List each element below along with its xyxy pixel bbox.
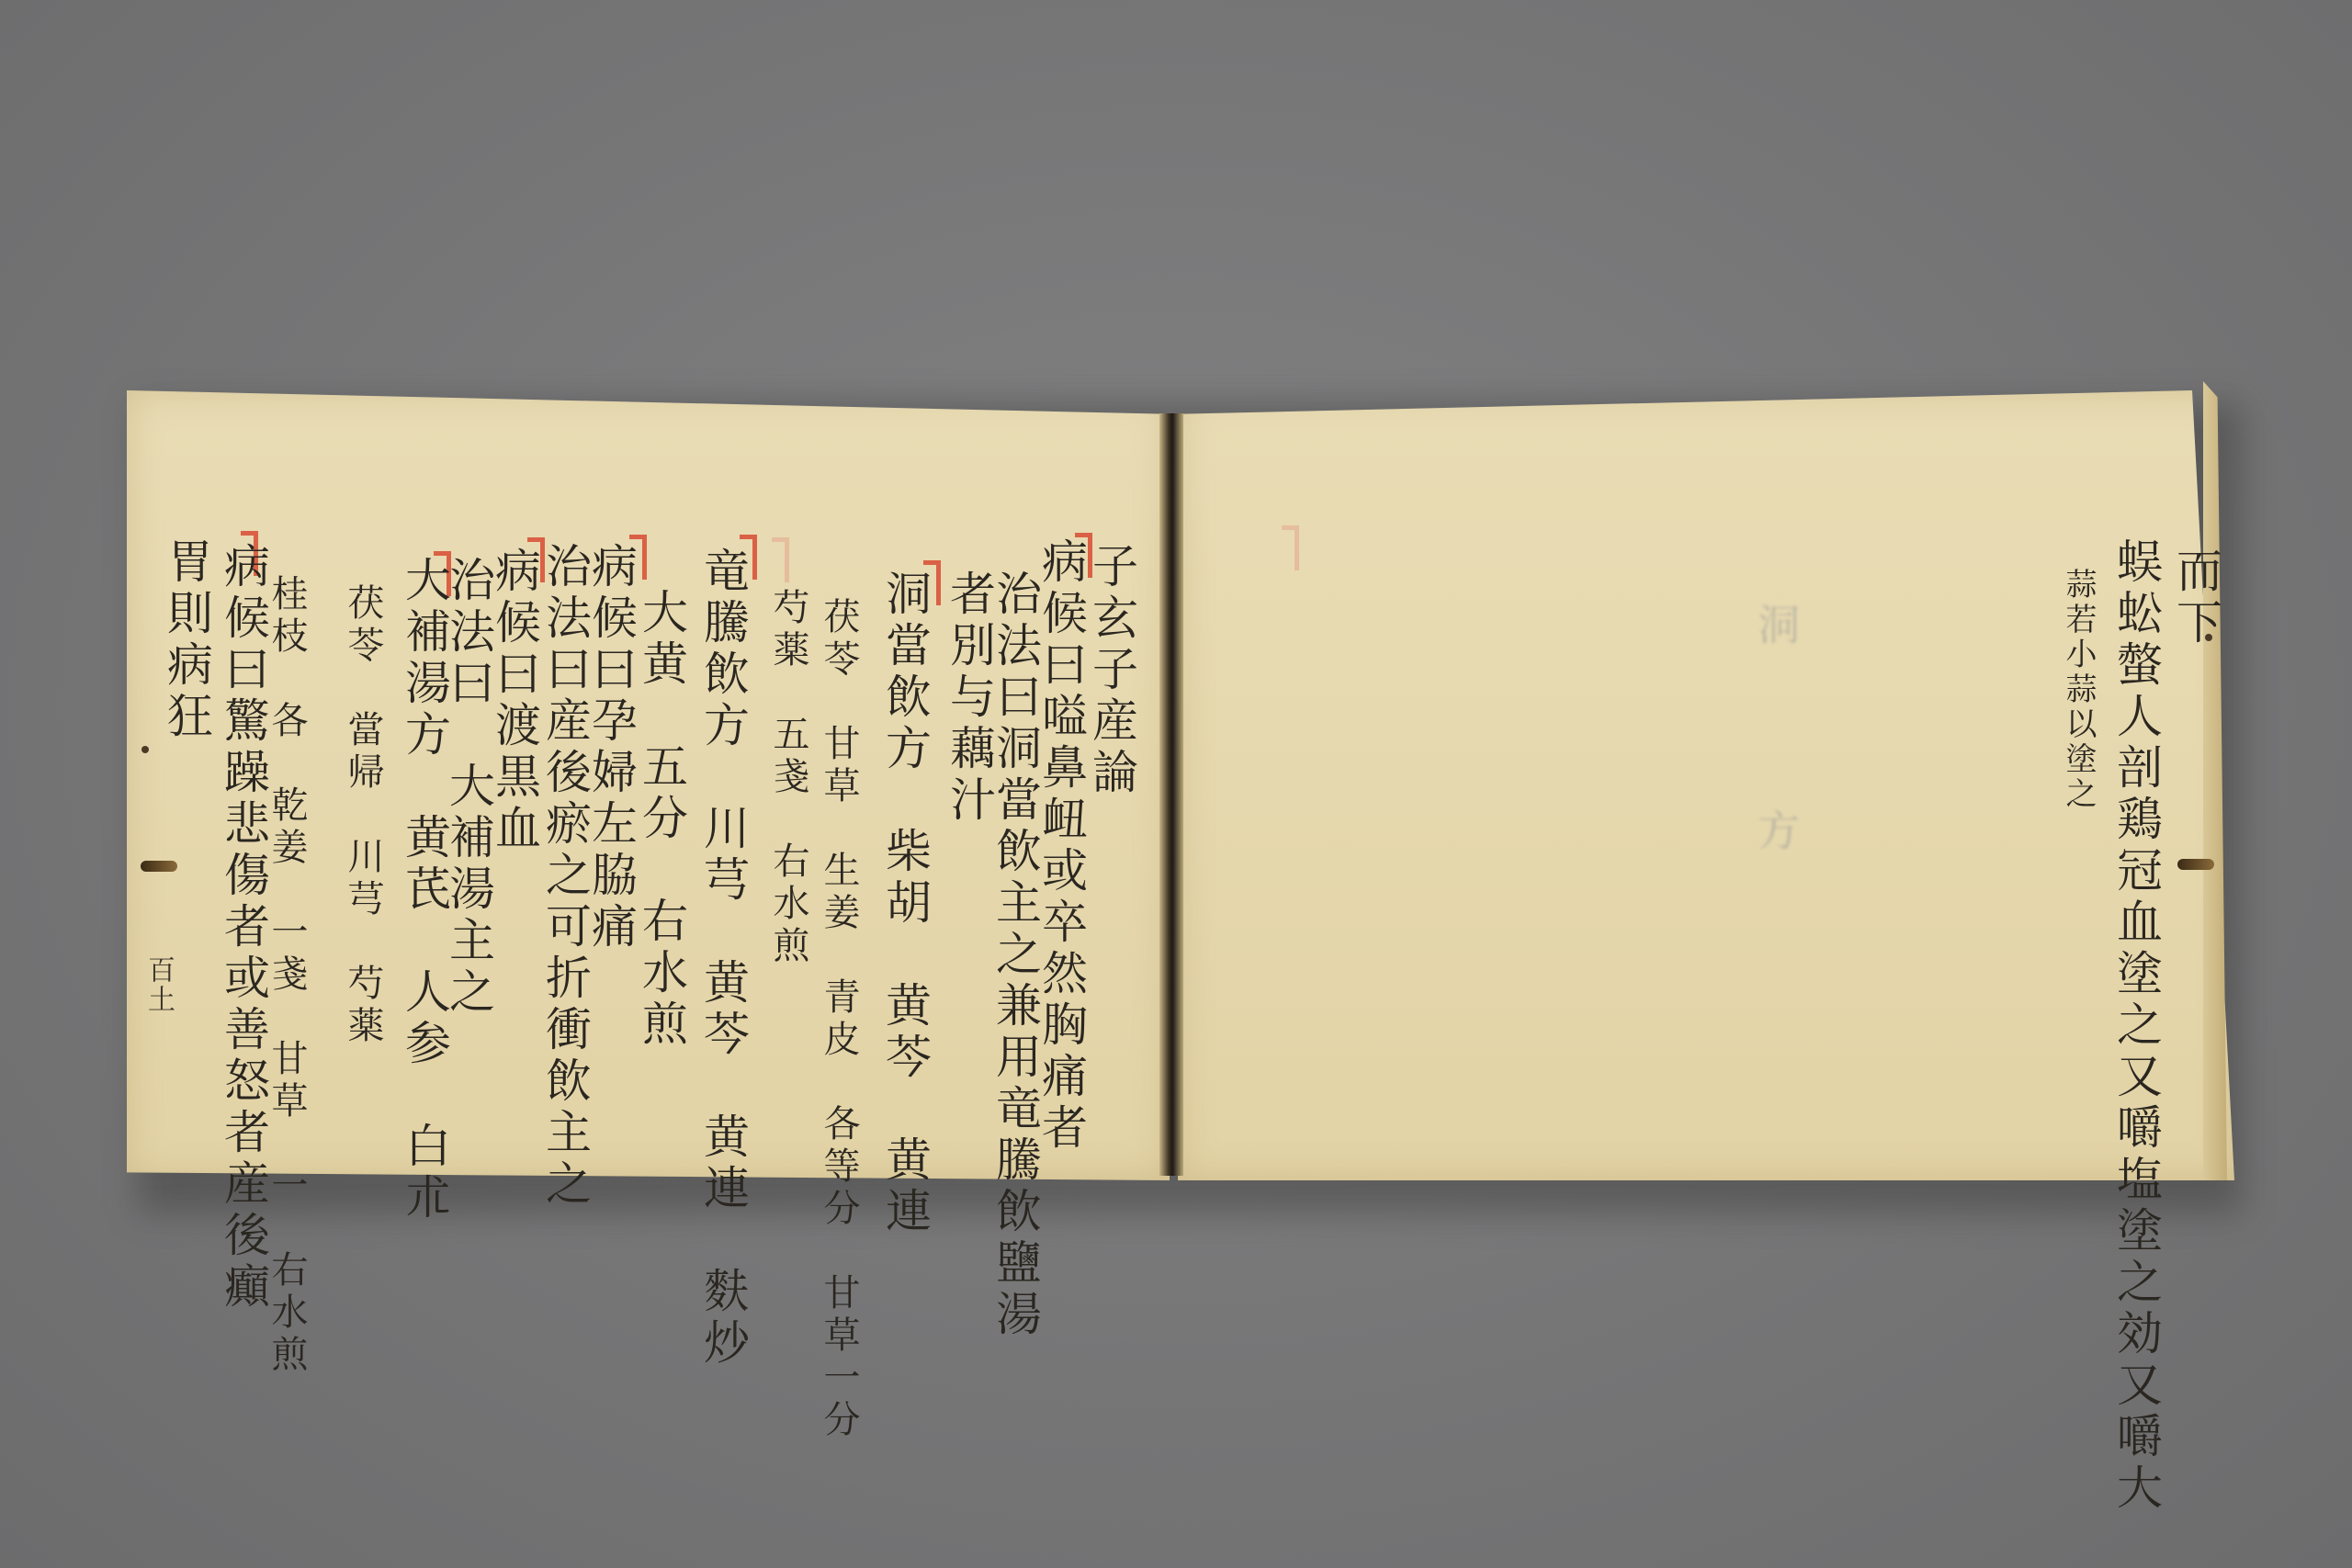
- bleed-through-text: 洞 方: [1746, 551, 1806, 1066]
- text-column: 病候曰渡黒血: [492, 547, 537, 855]
- text-column: 病候曰孕婦左脇痛: [588, 542, 634, 953]
- text-column: 大補湯方 黄芪 人参 白朮: [401, 556, 447, 1224]
- book-gutter: [1159, 413, 1183, 1176]
- folio-number: 百土: [138, 955, 178, 1014]
- text-column: 茯苓 當帰 川芎 芍薬: [345, 583, 381, 1048]
- text-column: 蜈蚣螫人剖鶏冠血塗之又嚼塩塗之効又嚼大: [2113, 537, 2159, 1515]
- red-section-mark: [772, 537, 789, 582]
- text-column: 胃則病狂: [164, 537, 209, 743]
- text-column: 芍薬 五戔 右水煎: [770, 588, 807, 968]
- bleed-through-text: [1635, 533, 1696, 1047]
- text-column: 治法曰 大補湯主之: [446, 556, 492, 1019]
- text-column: 竜騰飲方 川芎 黄芩 黄連 麩炒: [700, 547, 746, 1370]
- bleed-through-text: [1470, 551, 1531, 1102]
- text-column: 治法曰産後瘀之可折衝飲主之: [542, 542, 588, 1211]
- text-column: 病候曰嗌鼻衄或卒然胸痛者: [1038, 537, 1084, 1155]
- text-column: 病候曰驚躁悲傷者或善怒者産後癲: [220, 542, 266, 1314]
- text-column-title: 子玄子産論: [1089, 542, 1135, 799]
- text-column: 大黄 五分 右水煎: [639, 588, 684, 1051]
- text-column: 桂枝 各 乾姜 一戔 甘草 一 右水煎: [268, 574, 305, 1377]
- text-column: 而下: [2173, 547, 2219, 649]
- binding-hole: [2177, 859, 2214, 870]
- red-section-mark: [1282, 525, 1299, 570]
- text-column: 茯苓 甘草 生姜 青皮 各等分 甘草一分: [820, 597, 857, 1442]
- text-column: 洞當飲方 柴胡 黄芩 黄連: [882, 570, 928, 1238]
- binding-hole: [141, 861, 177, 872]
- text-column: 蒜若小蒜以塗之: [2063, 568, 2094, 812]
- text-column: 治法曰洞當飲主之兼用竜騰飲鹽湯: [992, 570, 1038, 1341]
- binding-dot: [2205, 634, 2212, 641]
- binding-dot: [141, 746, 149, 753]
- bleed-through-text: [1305, 542, 1365, 1056]
- text-column: 者別与藕汁: [946, 570, 992, 827]
